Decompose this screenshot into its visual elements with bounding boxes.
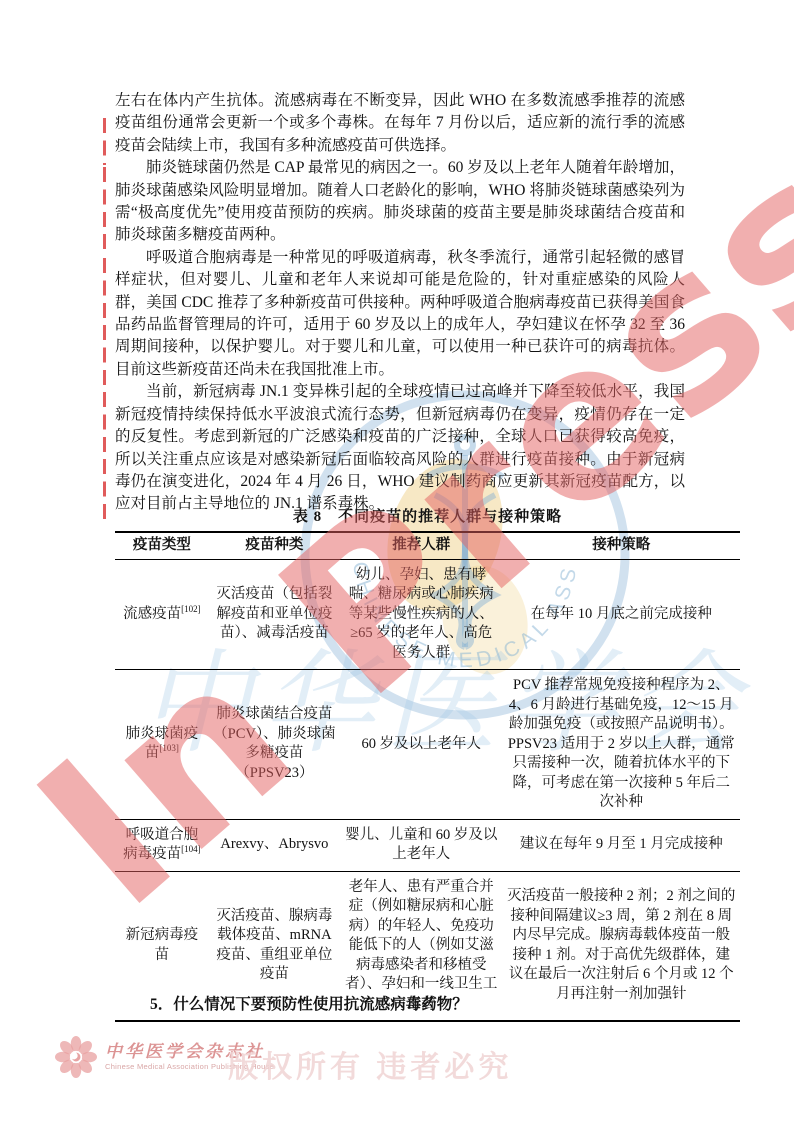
cell-population: 婴儿、儿童和 60 岁及以上老年人 <box>340 819 503 871</box>
body-text-block: 左右在体内产生抗体。流感病毒在不断变异，因此 WHO 在多数流感季推荐的流感疫苗… <box>115 90 685 516</box>
body-paragraph-1: 左右在体内产生抗体。流感病毒在不断变异，因此 WHO 在多数流感季推荐的流感疫苗… <box>115 90 685 157</box>
vaccine-table-section: 表 8 不同疫苗的推荐人群与接种策略 疫苗类型 疫苗种类 推荐人群 接种策略 流… <box>115 505 740 1022</box>
column-header-vaccine-type: 疫苗类型 <box>115 532 209 559</box>
cell-population: 60 岁及以上老年人 <box>340 670 503 820</box>
vaccine-type-text: 新冠病毒疫苗 <box>126 927 199 963</box>
column-header-population: 推荐人群 <box>340 532 503 559</box>
copyright-watermark: 版权所有 违者必究 <box>228 1042 512 1086</box>
cell-strategy: 在每年 10 月底之前完成接种 <box>503 559 741 670</box>
reference-superscript: [103] <box>159 743 179 753</box>
vaccine-type-text: 流感疫苗 <box>123 606 181 622</box>
body-paragraph-2: 肺炎链球菌仍然是 CAP 最常见的病因之一。60 岁及以上老年人随着年龄增加，肺… <box>115 157 685 247</box>
cell-vaccine-kind: Arexvy、Abrysvo <box>209 819 340 871</box>
table-row: 肺炎球菌疫苗[103] 肺炎球菌结合疫苗（PCV）、肺炎球菌多糖疫苗（PPSV2… <box>115 670 740 820</box>
reference-superscript: [102] <box>181 604 201 614</box>
cell-strategy: PCV 推荐常规免疫接种程序为 2、4、6 月龄进行基础免疫，12～15 月龄加… <box>503 670 741 820</box>
revision-bar <box>103 118 106 165</box>
table-header-row: 疫苗类型 疫苗种类 推荐人群 接种策略 <box>115 532 740 559</box>
cell-vaccine-type: 流感疫苗[102] <box>115 559 209 670</box>
body-paragraph-3: 呼吸道合胞病毒是一种常见的呼吸道病毒，秋冬季流行，通常引起轻微的感冒样症状，但对… <box>115 247 685 381</box>
revision-bar <box>103 392 106 523</box>
table-title: 表 8 不同疫苗的推荐人群与接种策略 <box>115 505 740 526</box>
cell-vaccine-type: 肺炎球菌疫苗[103] <box>115 670 209 820</box>
cell-strategy: 建议在每年 9 月至 1 月完成接种 <box>503 819 741 871</box>
cell-vaccine-kind: 肺炎球菌结合疫苗（PCV）、肺炎球菌多糖疫苗（PPSV23） <box>209 670 340 820</box>
table-row: 流感疫苗[102] 灭活疫苗（包括裂解疫苗和亚单位疫苗）、减毒活疫苗 幼儿、孕妇… <box>115 559 740 670</box>
revision-bar <box>103 258 106 391</box>
publisher-flower-icon <box>55 1036 97 1078</box>
vaccine-table: 疫苗类型 疫苗种类 推荐人群 接种策略 流感疫苗[102] 灭活疫苗（包括裂解疫… <box>115 531 740 1022</box>
column-header-strategy: 接种策略 <box>503 532 741 559</box>
reference-superscript: [104] <box>181 844 201 854</box>
revision-bar <box>103 167 106 256</box>
body-paragraph-4: 当前，新冠病毒 JN.1 变异株引起的全球疫情已过高峰并下降至较低水平，我国新冠… <box>115 381 685 515</box>
column-header-vaccine-kind: 疫苗种类 <box>209 532 340 559</box>
cell-population: 幼儿、孕妇、患有哮喘、糖尿病或心肺疾病等某些慢性疾病的人、≥65 岁的老年人、高… <box>340 559 503 670</box>
cell-vaccine-kind: 灭活疫苗（包括裂解疫苗和亚单位疫苗）、减毒活疫苗 <box>209 559 340 670</box>
table-row: 呼吸道合胞病毒疫苗[104] Arexvy、Abrysvo 婴儿、儿童和 60 … <box>115 819 740 871</box>
section-heading-5: 5．什么情况下要预防性使用抗流感病毒药物？ <box>115 992 720 1014</box>
cell-vaccine-type: 呼吸道合胞病毒疫苗[104] <box>115 819 209 871</box>
